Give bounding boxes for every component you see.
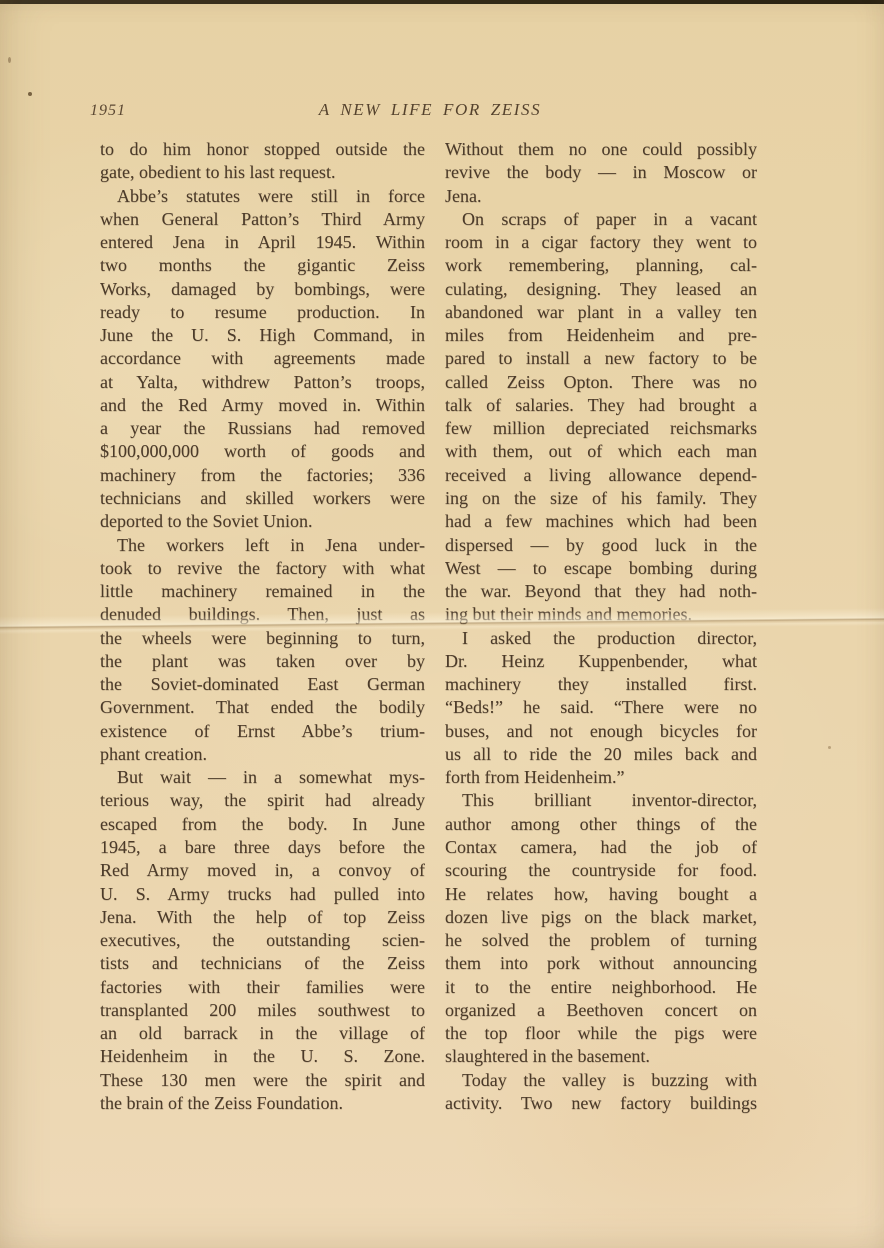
- text-line: Red Army moved in, a convoy of: [100, 859, 425, 882]
- text-line: He relates how, having bought a: [445, 883, 757, 906]
- text-line: received a living allowance depend-: [445, 464, 757, 487]
- text-line: machinery from the factories; 336: [100, 464, 425, 487]
- text-line: dozen live pigs on the black market,: [445, 906, 757, 929]
- text-line: he solved the problem of turning: [445, 929, 757, 952]
- text-line: it to the entire neighborhood. He: [445, 976, 757, 999]
- text-line: This brilliant inventor-director,: [445, 789, 757, 812]
- text-line: $100,000,000 worth of goods and: [100, 440, 425, 463]
- text-line: gate, obedient to his last request.: [100, 161, 425, 184]
- text-line: dispersed — by good luck in the: [445, 534, 757, 557]
- text-line: June the U. S. High Command, in: [100, 324, 425, 347]
- text-line: slaughtered in the basement.: [445, 1045, 757, 1068]
- text-line: forth from Heidenheim.”: [445, 766, 757, 789]
- text-line: them into pork without announcing: [445, 952, 757, 975]
- text-line: an old barrack in the village of: [100, 1022, 425, 1045]
- text-line: the wheels were beginning to turn,: [100, 627, 425, 650]
- text-line: entered Jena in April 1945. Within: [100, 231, 425, 254]
- text-line: “Beds!” he said. “There were no: [445, 696, 757, 719]
- text-line: Jena.: [445, 185, 757, 208]
- text-line: the brain of the Zeiss Foundation.: [100, 1092, 425, 1115]
- text-line: the Soviet-dominated East German: [100, 673, 425, 696]
- magazine-page-scan: 1951 A NEW LIFE FOR ZEISS to do him hono…: [0, 0, 884, 1248]
- text-line: These 130 men were the spirit and: [100, 1069, 425, 1092]
- text-line: room in a cigar factory they went to: [445, 231, 757, 254]
- text-line: us all to ride the 20 miles back and: [445, 743, 757, 766]
- column-left: to do him honor stopped outside thegate,…: [100, 138, 425, 1115]
- text-line: ing on the size of his family. They: [445, 487, 757, 510]
- text-line: when General Patton’s Third Army: [100, 208, 425, 231]
- text-line: existence of Ernst Abbe’s trium-: [100, 720, 425, 743]
- text-line: denuded buildings. Then, just as: [100, 603, 425, 626]
- text-line: technicians and skilled workers were: [100, 487, 425, 510]
- text-line: culating, designing. They leased an: [445, 278, 757, 301]
- text-line: talk of salaries. They had brought a: [445, 394, 757, 417]
- text-line: abandoned war plant in a valley ten: [445, 301, 757, 324]
- text-line: I asked the production director,: [445, 627, 757, 650]
- text-line: escaped from the body. In June: [100, 813, 425, 836]
- text-line: The workers left in Jena under-: [100, 534, 425, 557]
- text-line: But wait — in a somewhat mys-: [100, 766, 425, 789]
- text-line: factories with their families were: [100, 976, 425, 999]
- text-line: buses, and not enough bicycles for: [445, 720, 757, 743]
- text-line: to do him honor stopped outside the: [100, 138, 425, 161]
- paper-speck: [28, 92, 32, 96]
- text-line: deported to the Soviet Union.: [100, 510, 425, 533]
- text-line: two months the gigantic Zeiss: [100, 254, 425, 277]
- text-line: ready to resume production. In: [100, 301, 425, 324]
- text-line: Contax camera, had the job of: [445, 836, 757, 859]
- text-line: the plant was taken over by: [100, 650, 425, 673]
- text-line: accordance with agreements made: [100, 347, 425, 370]
- text-line: pared to install a new factory to be: [445, 347, 757, 370]
- text-line: author among other things of the: [445, 813, 757, 836]
- text-line: transplanted 200 miles southwest to: [100, 999, 425, 1022]
- text-line: ing but their minds and memories.: [445, 603, 757, 626]
- article-body: to do him honor stopped outside thegate,…: [100, 138, 757, 1115]
- text-line: machinery they installed first.: [445, 673, 757, 696]
- paper-speck: [828, 746, 831, 749]
- text-line: had a few machines which had been: [445, 510, 757, 533]
- text-line: the war. Beyond that they had noth-: [445, 580, 757, 603]
- running-header: 1951 A NEW LIFE FOR ZEISS: [0, 100, 884, 126]
- text-line: miles from Heidenheim and pre-: [445, 324, 757, 347]
- text-line: a year the Russians had removed: [100, 417, 425, 440]
- text-line: Jena. With the help of top Zeiss: [100, 906, 425, 929]
- text-line: terious way, the spirit had already: [100, 789, 425, 812]
- text-line: with them, out of which each man: [445, 440, 757, 463]
- text-line: On scraps of paper in a vacant: [445, 208, 757, 231]
- text-line: activity. Two new factory buildings: [445, 1092, 757, 1115]
- text-line: scouring the countryside for food.: [445, 859, 757, 882]
- text-line: Without them no one could possibly: [445, 138, 757, 161]
- text-line: West — to escape bombing during: [445, 557, 757, 580]
- header-title: A NEW LIFE FOR ZEISS: [0, 100, 860, 120]
- text-line: tists and technicians of the Zeiss: [100, 952, 425, 975]
- text-line: phant creation.: [100, 743, 425, 766]
- text-line: revive the body — in Moscow or: [445, 161, 757, 184]
- scan-top-edge: [0, 0, 884, 4]
- text-line: Dr. Heinz Kuppenbender, what: [445, 650, 757, 673]
- text-line: executives, the outstanding scien-: [100, 929, 425, 952]
- text-line: Works, damaged by bombings, were: [100, 278, 425, 301]
- text-line: organized a Beethoven concert on: [445, 999, 757, 1022]
- text-line: Today the valley is buzzing with: [445, 1069, 757, 1092]
- text-line: took to revive the factory with what: [100, 557, 425, 580]
- paper-speck: [8, 57, 11, 63]
- text-line: 1945, a bare three days before the: [100, 836, 425, 859]
- text-line: Heidenheim in the U. S. Zone.: [100, 1045, 425, 1068]
- text-line: at Yalta, withdrew Patton’s troops,: [100, 371, 425, 394]
- text-line: U. S. Army trucks had pulled into: [100, 883, 425, 906]
- text-line: the top floor while the pigs were: [445, 1022, 757, 1045]
- text-line: called Zeiss Opton. There was no: [445, 371, 757, 394]
- text-line: little machinery remained in the: [100, 580, 425, 603]
- text-line: Abbe’s statutes were still in force: [100, 185, 425, 208]
- text-line: few million depreciated reichsmarks: [445, 417, 757, 440]
- text-line: and the Red Army moved in. Within: [100, 394, 425, 417]
- text-line: Government. That ended the bodily: [100, 696, 425, 719]
- text-line: work remembering, planning, cal-: [445, 254, 757, 277]
- column-right: Without them no one could possiblyrevive…: [445, 138, 757, 1115]
